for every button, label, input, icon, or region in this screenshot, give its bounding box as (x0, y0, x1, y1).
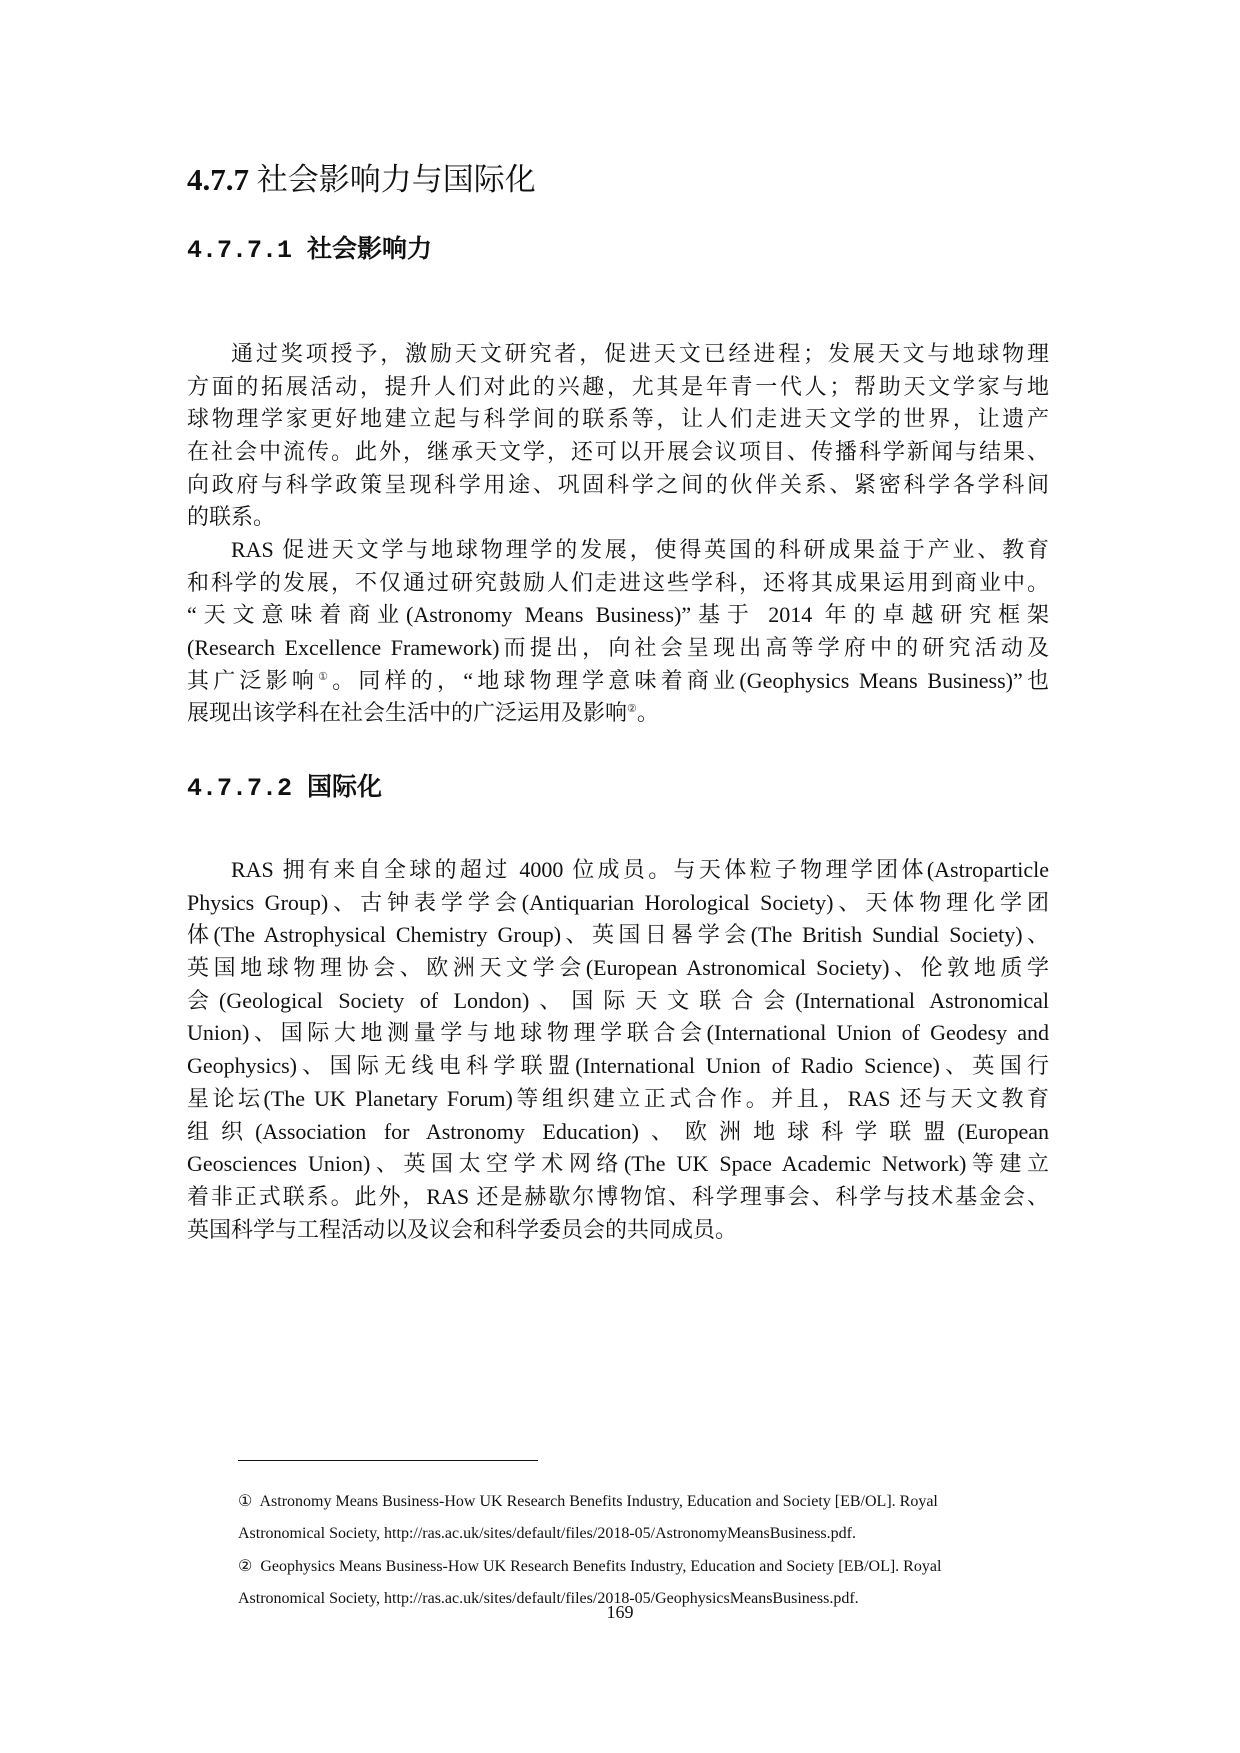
footnote-ref-1[interactable]: ① (318, 671, 332, 683)
footnote-line: ① Astronomy Means Business-How UK Resear… (238, 1486, 1048, 1518)
text-line: 球物理学家更好地建立起与科学间的联系等，让人们走进天文学的世界，让遗产 (187, 403, 1049, 436)
subsection-heading-internationalization: 4.7.7.2 国际化 (187, 770, 382, 806)
text-line: 和科学的发展，不仅通过研究鼓励人们走进这些学科，还将其成果运用到商业中。 (187, 567, 1049, 600)
section-number: 4.7.7 (187, 162, 249, 197)
text-line: 体(The Astrophysical Chemistry Group)、英国日… (187, 919, 1049, 952)
subsection-title: 国际化 (307, 772, 382, 801)
text-line: Geosciences Union)、英国太空学术网络(The UK Space… (187, 1148, 1049, 1181)
footnote-marker: ① (238, 1493, 252, 1510)
subsection-heading-social-impact: 4.7.7.1 社会影响力 (187, 232, 432, 268)
footnote-ref-2[interactable]: ② (627, 703, 637, 715)
paragraph-internationalization: RAS 拥有来自全球的超过 4000 位成员。与天体粒子物理学团体(Astrop… (187, 854, 1049, 1246)
text-line: 着非正式联系。此外，RAS 还是赫歇尔博物馆、科学理事会、科学与技术基金会、 (187, 1181, 1049, 1214)
text-line: 通过奖项授予，激励天文研究者，促进天文已经进程；发展天文与地球物理 (187, 338, 1049, 371)
text-line: RAS 拥有来自全球的超过 4000 位成员。与天体粒子物理学团体(Astrop… (187, 854, 1049, 887)
text-line: 英国科学与工程活动以及议会和科学委员会的共同成员。 (187, 1214, 1049, 1247)
paragraph-social-impact-1: 通过奖项授予，激励天文研究者，促进天文已经进程；发展天文与地球物理 方面的拓展活… (187, 338, 1049, 534)
text-line: Physics Group)、古钟表学学会(Antiquarian Horolo… (187, 887, 1049, 920)
text-line: 其广泛影响①。同样的，“地球物理学意味着商业(Geophysics Means … (187, 665, 1049, 698)
text-line: 会(Geological Society of London)、国际天文联合会(… (187, 985, 1049, 1018)
page-number: 169 (0, 1600, 1240, 1624)
section-heading: 4.7.7 社会影响力与国际化 (187, 160, 536, 200)
footnote-1: ① Astronomy Means Business-How UK Resear… (238, 1486, 1048, 1551)
text-line: RAS 促进天文学与地球物理学的发展，使得英国的科研成果益于产业、教育 (187, 534, 1049, 567)
footnote-text: Astronomy Means Business-How UK Research… (259, 1493, 937, 1510)
text-line: “天文意味着商业(Astronomy Means Business)”基于 20… (187, 599, 1049, 632)
document-page: 4.7.7 社会影响力与国际化 4.7.7.1 社会影响力 通过奖项授予，激励天… (0, 0, 1240, 1753)
footnote-line[interactable]: Astronomical Society, http://ras.ac.uk/s… (238, 1518, 1048, 1550)
footnotes: ① Astronomy Means Business-How UK Resear… (238, 1486, 1048, 1615)
text-line: (Research Excellence Framework)而提出，向社会呈现… (187, 632, 1049, 665)
text-line: 的联系。 (187, 501, 1049, 534)
text-line: 星论坛(The UK Planetary Forum)等组织建立正式合作。并且，… (187, 1083, 1049, 1116)
text-line: 在社会中流传。此外，继承天文学，还可以开展会议项目、传播科学新闻与结果、 (187, 436, 1049, 469)
text-segment: 。同样的，“地球物理学意味着商业(Geophysics Means Busine… (332, 668, 1049, 693)
text-segment: 其广泛影响 (187, 668, 318, 693)
subsection-number: 4.7.7.1 (187, 236, 292, 265)
text-segment: 展现出该学科在社会生活中的广泛运用及影响 (187, 700, 627, 725)
subsection-number: 4.7.7.2 (187, 774, 292, 803)
text-line: Union)、国际大地测量学与地球物理学联合会(International Un… (187, 1017, 1049, 1050)
paragraph-social-impact-2: RAS 促进天文学与地球物理学的发展，使得英国的科研成果益于产业、教育 和科学的… (187, 534, 1049, 730)
text-line: 英国地球物理协会、欧洲天文学会(European Astronomical So… (187, 952, 1049, 985)
text-line: 组织(Association for Astronomy Education)、… (187, 1116, 1049, 1149)
text-line: 展现出该学科在社会生活中的广泛运用及影响②。 (187, 697, 1049, 730)
text-line: 方面的拓展活动，提升人们对此的兴趣，尤其是年青一代人；帮助天文学家与地 (187, 371, 1049, 404)
footnote-line: ② Geophysics Means Business-How UK Resea… (238, 1551, 1048, 1583)
footnote-separator (238, 1460, 538, 1461)
footnote-text: Geophysics Means Business-How UK Researc… (260, 1558, 941, 1575)
text-segment: 。 (637, 700, 659, 725)
subsection-title: 社会影响力 (307, 234, 432, 263)
footnote-marker: ② (238, 1558, 252, 1575)
section-title: 社会影响力与国际化 (257, 162, 536, 198)
text-line: 向政府与科学政策呈现科学用途、巩固科学之间的伙伴关系、紧密科学各学科间 (187, 469, 1049, 502)
text-line: Geophysics)、国际无线电科学联盟(International Unio… (187, 1050, 1049, 1083)
